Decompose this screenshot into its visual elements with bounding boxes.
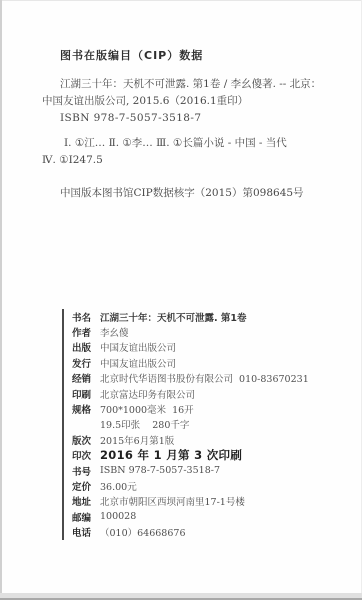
row-label: 邮编 (72, 510, 100, 524)
row-value: （010）64668676 (100, 525, 186, 539)
row-value: 36.00元 (100, 479, 137, 493)
colophon-row-edition: 版次 2015年6月第1版 (72, 432, 330, 447)
row-label: 出版 (72, 340, 100, 354)
colophon-row-format: 规格 700*1000毫米 16开 (72, 401, 330, 416)
row-label: 书号 (72, 464, 100, 478)
cip-record-line-2: 中国友谊出版公司, 2015.6（2016.1重印） (42, 95, 248, 107)
colophon-row-phone: 电话 （010）64668676 (72, 524, 330, 539)
row-label: 作者 (72, 325, 100, 339)
colophon-row-price: 定价 36.00元 (72, 478, 330, 493)
row-value: 北京市朝阳区西坝河南里17-1号楼 (100, 494, 245, 508)
row-value: 李幺傻 (100, 325, 129, 339)
row-value: ISBN 978-7-5057-3518-7 (100, 465, 220, 476)
colophon-row-issuer: 发行 中国友谊出版公司 (72, 355, 330, 370)
colophon-row-publisher: 出版 中国友谊出版公司 (72, 340, 330, 355)
row-value: 700*1000毫米 16开 (100, 402, 194, 416)
row-value: 北京富达印务有限公司 (100, 387, 195, 401)
colophon-table: 书名 江湖三十年：天机不可泄露. 第1卷 作者 李幺傻 出版 中国友谊出版公司 … (62, 309, 330, 540)
colophon-row-distributor: 经销 北京时代华语图书股份有限公司 010-83670231 (72, 371, 330, 386)
cip-verification-line: 中国版本图书馆CIP数据核字（2015）第098645号 (60, 187, 304, 199)
colophon-row-printer: 印刷 北京富达印务有限公司 (72, 386, 330, 401)
row-value: 中国友谊出版公司 (100, 356, 176, 370)
page-bottom-edge (0, 593, 362, 600)
row-value: 江湖三十年：天机不可泄露. 第1卷 (100, 310, 247, 324)
row-value: 100028 (100, 511, 136, 522)
row-label: 经销 (72, 371, 100, 385)
row-value: 19.5印张 280千字 (100, 417, 189, 431)
colophon-row-format-cont: 19.5印张 280千字 (72, 417, 330, 432)
row-label: 电话 (72, 525, 100, 539)
cip-isbn-line: ISBN 978-7-5057-3518-7 (60, 112, 201, 124)
colophon-row-title: 书名 江湖三十年：天机不可泄露. 第1卷 (72, 309, 330, 324)
row-label: 印刷 (72, 387, 100, 401)
row-value: 中国友谊出版公司 (100, 340, 176, 354)
colophon-row-address: 地址 北京市朝阳区西坝河南里17-1号楼 (72, 494, 330, 509)
row-label: 印次 (72, 448, 100, 462)
row-value: 北京时代华语图书股份有限公司 010-83670231 (100, 371, 309, 385)
row-value: 2016 年 1 月第 3 次印刷 (100, 447, 242, 463)
page-top-edge (0, 0, 362, 1)
cip-header: 图书在版编目（CIP）数据 (60, 50, 203, 62)
page-left-edge (0, 0, 2, 600)
row-label: 发行 (72, 356, 100, 370)
row-value: 2015年6月第1版 (100, 433, 174, 447)
cip-classification-line-2: Ⅳ. ①I247.5 (42, 154, 103, 166)
cip-record-line-1: 江湖三十年：天机不可泄露. 第1卷 / 李幺傻著. -- 北京： (60, 78, 321, 90)
colophon-row-postcode: 邮编 100028 (72, 509, 330, 524)
colophon-row-author: 作者 李幺傻 (72, 324, 330, 339)
colophon-row-isbn: 书号 ISBN 978-7-5057-3518-7 (72, 463, 330, 478)
row-label: 书名 (72, 310, 100, 324)
row-label: 版次 (72, 433, 100, 447)
row-label: 规格 (72, 402, 100, 416)
cip-classification-line-1: Ⅰ. ①江… Ⅱ. ①李… Ⅲ. ①长篇小说 - 中国 - 当代 (64, 137, 287, 149)
colophon-row-print-run: 印次 2016 年 1 月第 3 次印刷 (72, 448, 330, 463)
book-copyright-page: 图书在版编目（CIP）数据 江湖三十年：天机不可泄露. 第1卷 / 李幺傻著. … (0, 0, 362, 600)
row-label: 地址 (72, 494, 100, 508)
row-label: 定价 (72, 479, 100, 493)
